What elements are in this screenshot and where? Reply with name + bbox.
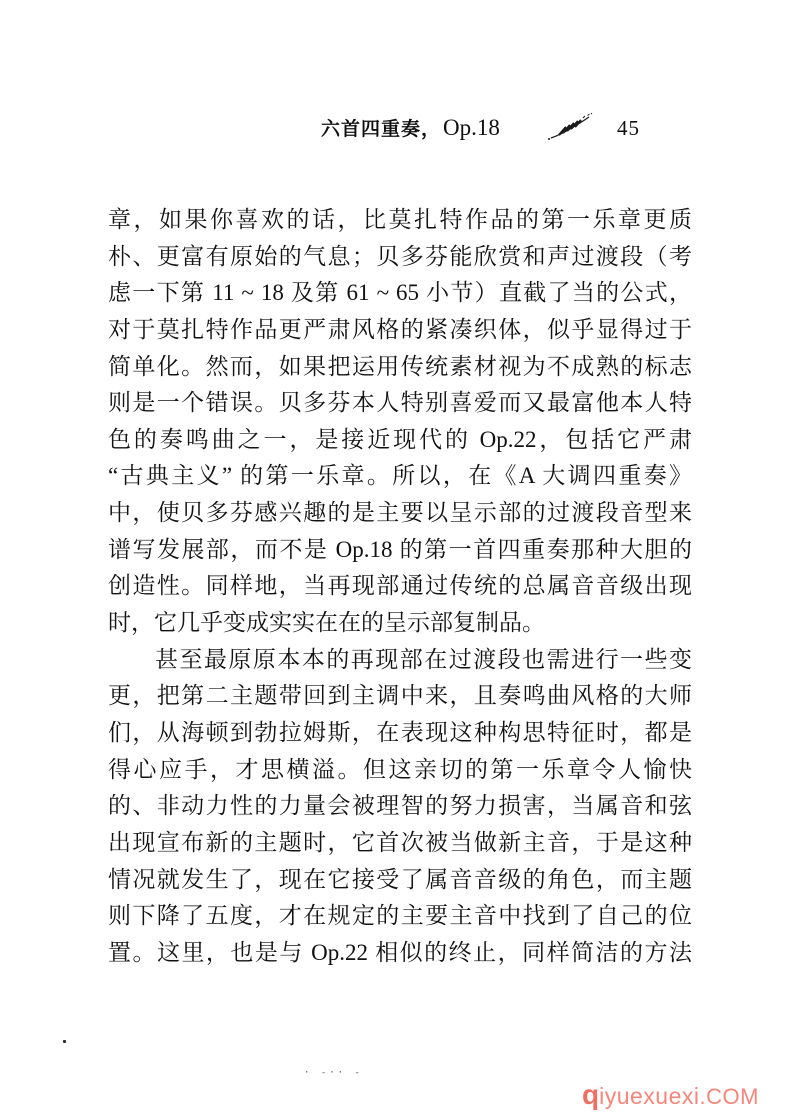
text-line-paragraph-end: 时，它几乎变成实实在在的呈示部复制品。 [108, 605, 692, 642]
text-line: 们，从海顿到勃拉姆斯，在表现这种构思特征时，都是 [108, 715, 692, 752]
text-line: 谱写发展部，而不是 Op.18 的第一首四重奏那种大胆的 [108, 532, 692, 569]
watermark: q iyuexuexi .COM [582, 1079, 759, 1111]
quill-flourish-icon [546, 111, 594, 143]
text-line: 得心应手，才思横溢。但这亲切的第一乐章令人愉快 [108, 752, 692, 789]
text-line: 简单化。然而，如果把运用传统素材视为不成熟的标志 [108, 349, 692, 386]
page-number: 45 [617, 116, 640, 141]
text-line: 章，如果你喜欢的话，比莫扎特作品的第一乐章更质 [108, 202, 692, 239]
text-line: “古典主义” 的第一乐章。所以，在《A 大调四重奏》 [108, 458, 692, 495]
text-line: 创造性。同样地，当再现部通过传统的总属音音级出现 [108, 568, 692, 605]
watermark-tld: .COM [700, 1084, 759, 1110]
text-line: 的、非动力性的力量会被理智的努力损害，当属音和弦 [108, 788, 692, 825]
body-text: 章，如果你喜欢的话，比莫扎特作品的第一乐章更质 朴、更富有原始的气息；贝多芬能欣… [108, 202, 692, 971]
text-line: 中，使贝多芬感兴趣的是主要以呈示部的过渡段音型来 [108, 495, 692, 532]
text-line: 情况就发生了，现在它接受了属音音级的角色，而主题 [108, 862, 692, 899]
text-line: 出现宣布新的主题时，它首次被当做新主音，于是这种 [108, 825, 692, 862]
text-line-paragraph-start: 甚至最原原本本的再现部在过渡段也需进行一些变 [108, 642, 692, 679]
text-line: 更，把第二主题带回到主调中来，且奏鸣曲风格的大师 [108, 678, 692, 715]
text-line: 则是一个错误。贝多芬本人特别喜爱而又最富他本人特 [108, 385, 692, 422]
text-line: 置。这里，也是与 Op.22 相似的终止，同样简洁的方法 [108, 935, 692, 972]
text-line: 色的奏鸣曲之一，是接近现代的 Op.22，包括它严肃 [108, 422, 692, 459]
text-line: 虑一下第 11 ~ 18 及第 61 ~ 65 小节）直截了当的公式， [108, 275, 692, 312]
text-line: 朴、更富有原始的气息；贝多芬能欣赏和声过渡段（考 [108, 239, 692, 276]
running-title-opus: Op.18 [443, 115, 500, 141]
text-line: 则下降了五度，才在规定的主要主音中找到了自己的位 [108, 898, 692, 935]
running-head: 六首四重奏， Op.18 [321, 114, 500, 144]
watermark-domain: iyuexuexi [599, 1083, 699, 1110]
text-line: 对于莫扎特作品更严肃风格的紧凑织体，似乎显得过于 [108, 312, 692, 349]
running-title-chinese: 六首四重奏， [321, 114, 441, 141]
scanned-book-page: 六首四重奏， Op.18 45 章，如果你喜欢的话，比莫扎特作品的第一乐章更质 … [0, 0, 794, 1120]
scan-speck [63, 1040, 66, 1043]
watermark-initial: q [582, 1079, 599, 1111]
scan-dots: · ‐·· ‐ [304, 1068, 374, 1078]
